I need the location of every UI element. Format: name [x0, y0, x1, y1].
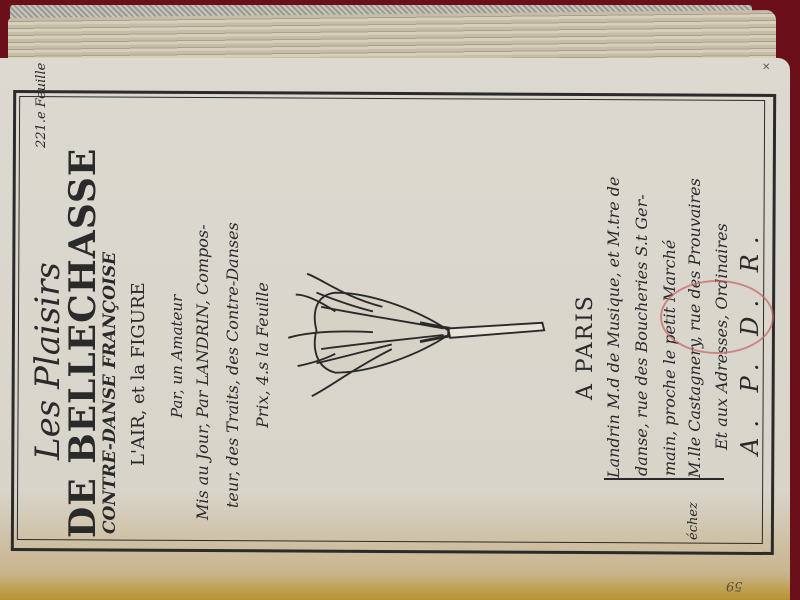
imprint-line-3: main, proche le petit Marché: [660, 240, 679, 476]
subtitle-2: L'AIR, et la FIGURE: [128, 282, 149, 466]
corner-annotation: ✕: [762, 62, 770, 73]
subtitle: CONTRE-DANSE FRANÇOISE: [100, 252, 120, 534]
price-line: Prix, 4.s la Feuille: [253, 282, 272, 428]
page-number: 59: [726, 578, 743, 593]
flower-illustration: [275, 255, 565, 415]
margin-word: échez: [686, 502, 701, 540]
imprint-line-1: Landrin M.d de Musique, et M.tre de: [604, 177, 623, 478]
imprint-brace: [604, 478, 724, 482]
title-line-2: DE BELLECHASSE: [62, 148, 104, 538]
imprint-line-2: danse, rue des Boucheries S.t Ger-: [632, 194, 651, 476]
library-stamp: [660, 280, 774, 354]
author-line: Par, un Amateur: [168, 295, 186, 418]
imprint-city: A PARIS: [573, 294, 598, 400]
publisher-line-2: teur, des Traits, des Contre-Danses: [223, 222, 242, 508]
sheet-number: 221.e Feuille: [34, 63, 49, 148]
publisher-line-1: Mis au Jour, Par LANDRIN, Compos-: [193, 224, 212, 520]
